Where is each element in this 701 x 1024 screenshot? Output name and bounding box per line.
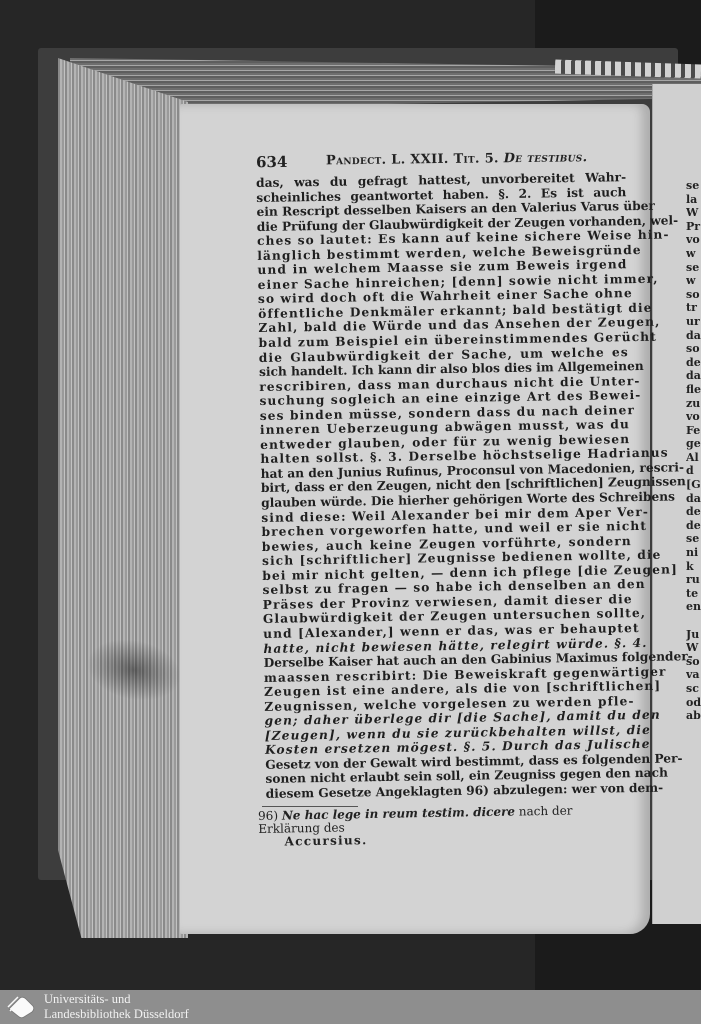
footnote-italic: Ne hac lege in reum testim. dicere	[282, 805, 515, 823]
right-page-fragment: Ju	[686, 628, 701, 642]
right-page-fragment: ru	[686, 573, 701, 587]
right-page-fragment: va	[686, 668, 701, 682]
right-page-fragment: de	[686, 356, 701, 370]
right-page-fragment: Fe	[686, 424, 701, 438]
right-page-fragment: W	[686, 206, 701, 220]
right-page-fragment: da	[686, 492, 701, 506]
right-page-fragment: so	[686, 342, 701, 356]
right-page-fragment: fle	[686, 383, 701, 397]
running-title-italic: De testibus.	[504, 150, 588, 166]
right-page-fragment	[686, 614, 701, 628]
right-page-fragment: vo	[686, 410, 701, 424]
right-page-fragment: vo	[686, 233, 701, 247]
right-page-fragment: ni	[686, 546, 701, 560]
right-page-fragment: la	[686, 193, 701, 207]
right-page-fragment: k	[686, 560, 701, 574]
running-title: Pandect. L. XXII. Tit. 5. De testibus.	[326, 150, 588, 168]
page-edges-left	[58, 58, 188, 938]
book-logo-icon	[6, 995, 36, 1019]
right-page-fragment: Pr	[686, 220, 701, 234]
right-page-fragment: ge	[686, 437, 701, 451]
right-page-fragment: so	[686, 655, 701, 669]
right-page-fragment: da	[686, 329, 701, 343]
institution-line-1: Universitäts- und	[44, 992, 130, 1007]
right-page-fragment: de	[686, 519, 701, 533]
right-page-fragment: se	[686, 261, 701, 275]
right-page-fragment: w	[686, 274, 701, 288]
right-page-fragment: W	[686, 641, 701, 655]
footnote: 96) Ne hac lege in reum testim. dicere n…	[258, 804, 629, 849]
right-page-fragment: w	[686, 247, 701, 261]
right-page-fragment: se	[686, 532, 701, 546]
right-page-fragment: sc	[686, 682, 701, 696]
right-page-fragment: se	[686, 179, 701, 193]
book-scan: 634 Pandect. L. XXII. Tit. 5. De testibu…	[0, 0, 701, 990]
right-page-fragment: da	[686, 369, 701, 383]
right-page-fragment: zu	[686, 397, 701, 411]
right-page-fragment: Al	[686, 451, 701, 465]
page-number: 634	[256, 153, 288, 171]
right-page-fragment: te	[686, 587, 701, 601]
institution-line-2: Landesbibliothek Düsseldorf	[44, 1007, 189, 1022]
right-page-fragment: d	[686, 464, 701, 478]
right-page-fragment: so	[686, 288, 701, 302]
body-text: das, was du gefragt hattest, unvorbereit…	[256, 170, 636, 801]
right-page-fragment: [G	[686, 478, 701, 492]
right-page-text: selaWPrvowsewsotrurdasodedaflezuvoFegeAl…	[686, 179, 701, 723]
right-page-fragment: ab	[686, 709, 701, 723]
right-page-fragment: ur	[686, 315, 701, 329]
right-page-fragment: tr	[686, 301, 701, 315]
right-page-fragment: en	[686, 600, 701, 614]
right-page-fragment: de	[686, 505, 701, 519]
right-page-fragment: od	[686, 696, 701, 710]
